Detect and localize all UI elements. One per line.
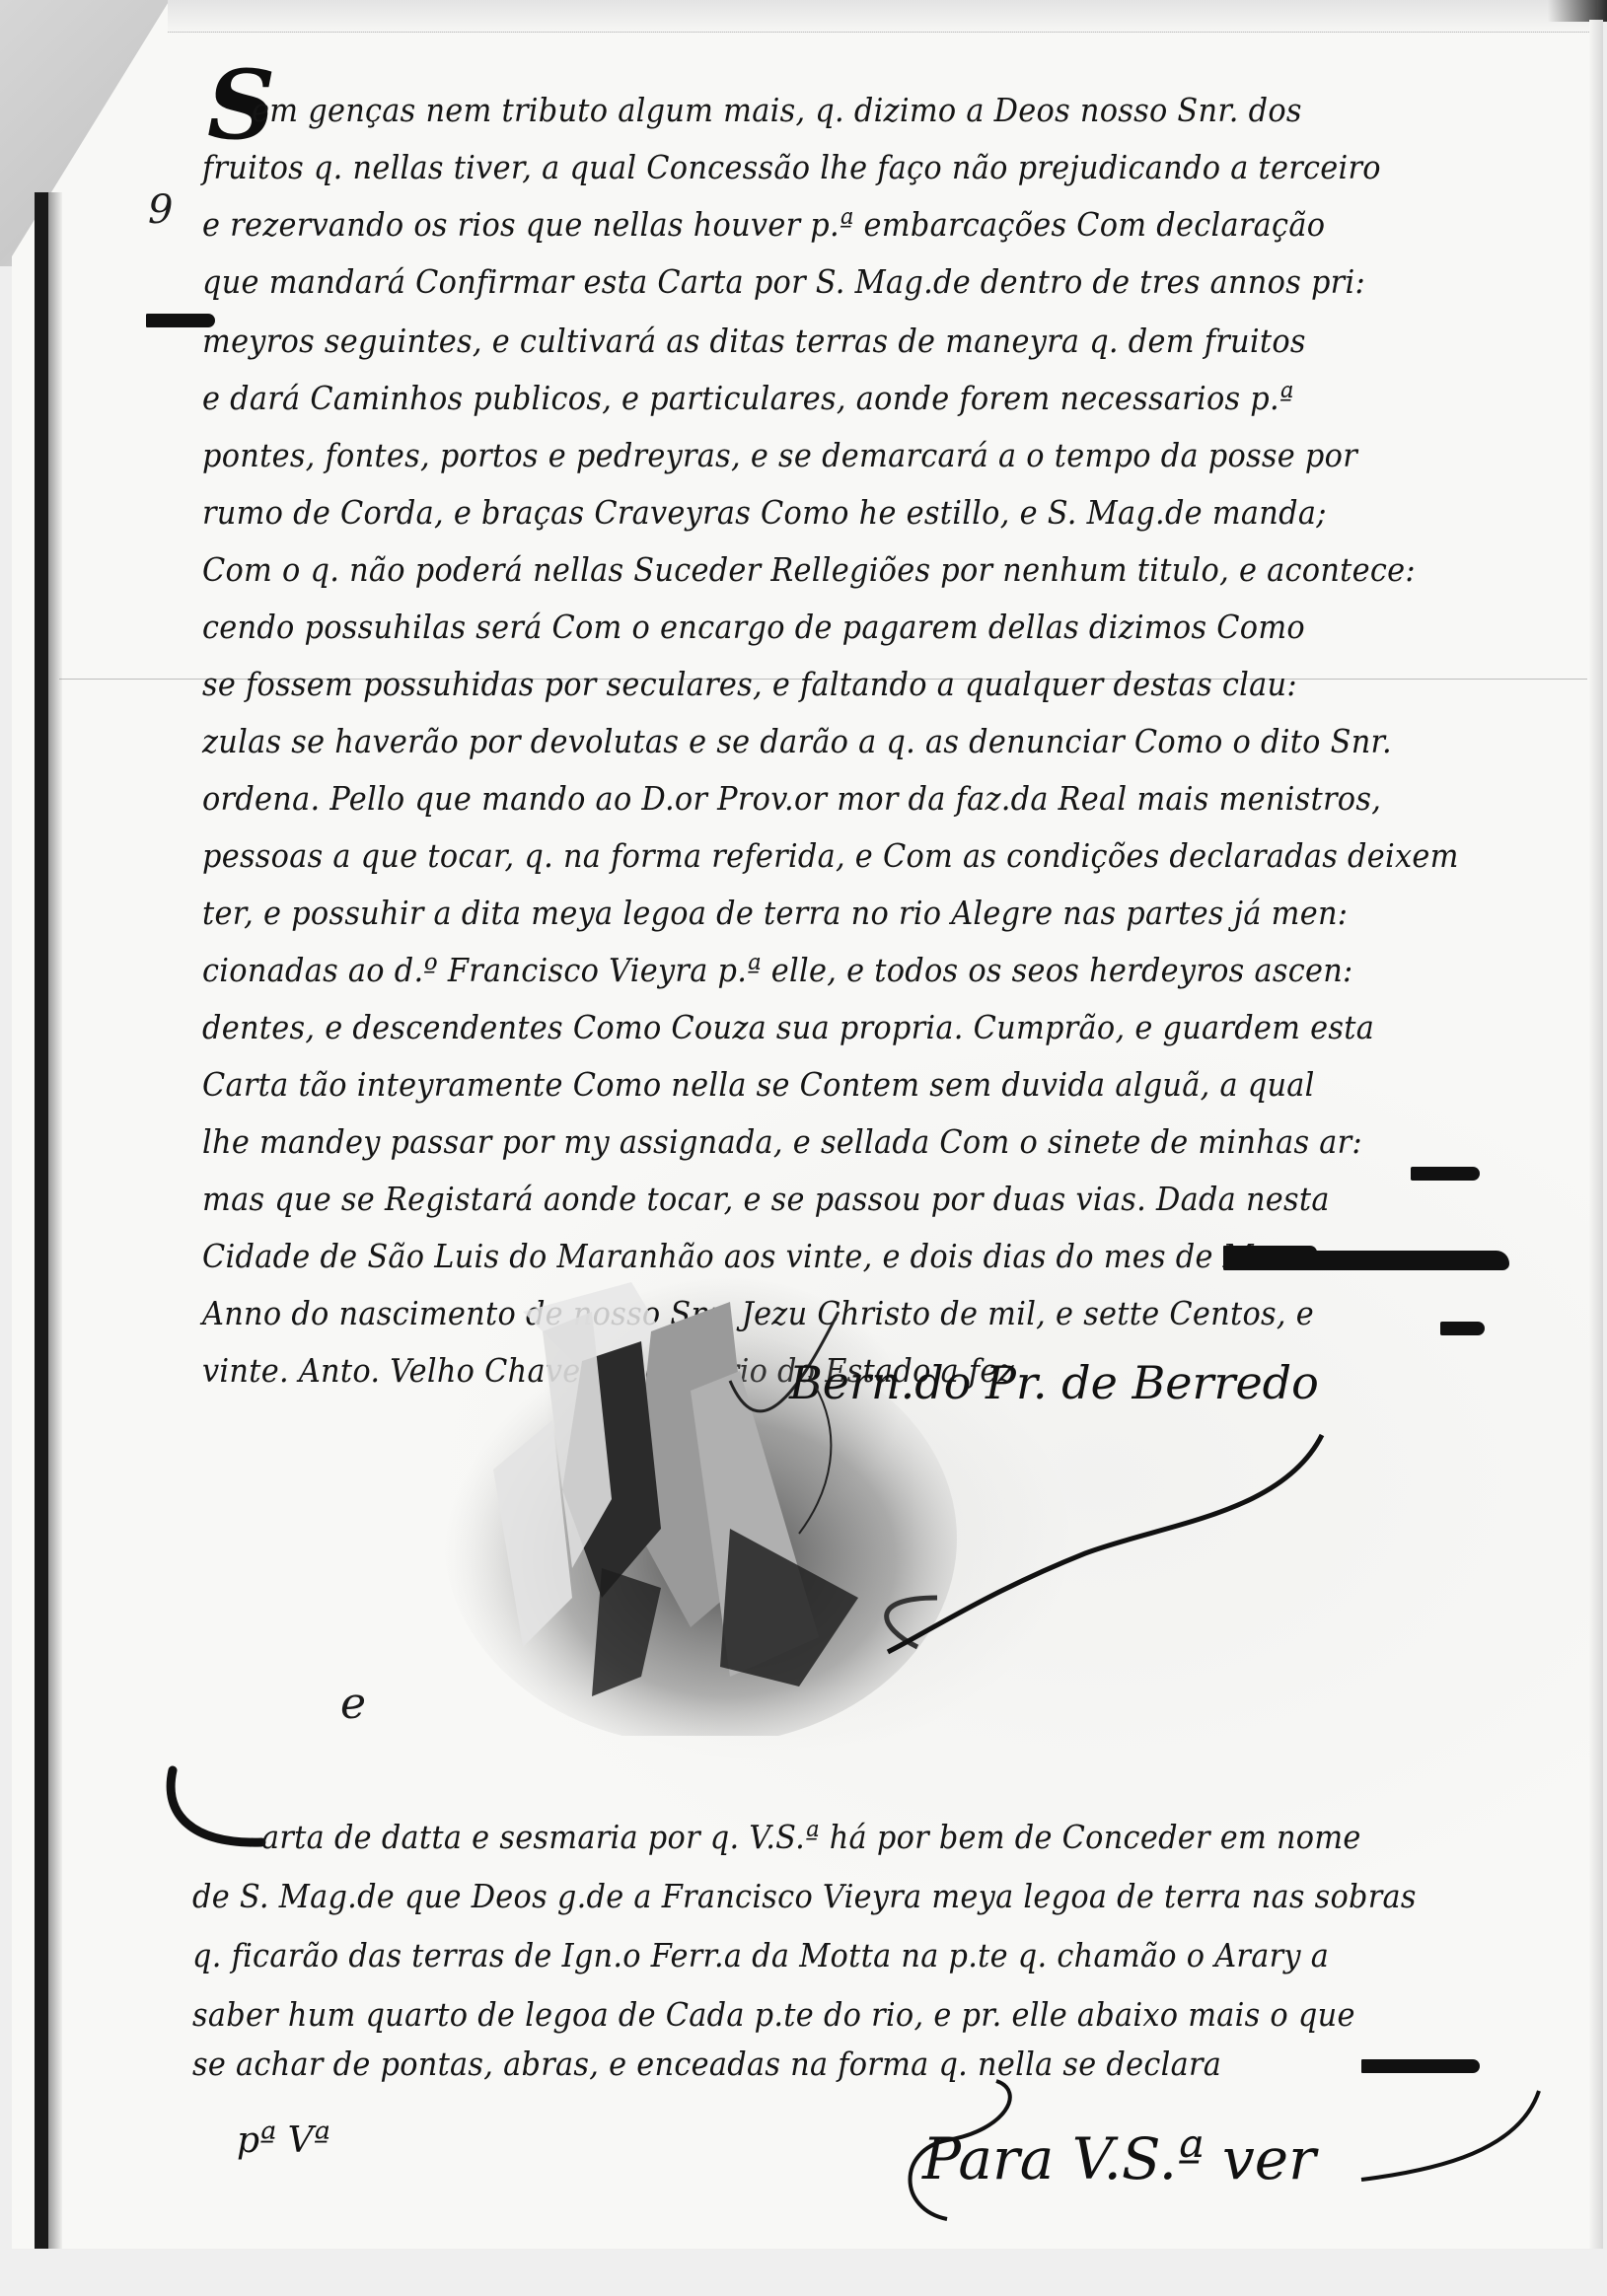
body-line-3: e rezervando os rios que nellas houver p… [202, 205, 1325, 244]
top-right-shadow [1548, 0, 1607, 22]
body-line-11: se fossem possuhidas por seculares, e fa… [202, 665, 1297, 703]
body-line-5: meyros seguintes, e cultivará as ditas t… [202, 322, 1306, 360]
body-line-1: em genças nem tributo algum mais, q. diz… [252, 91, 1302, 129]
body-line-6: e dará Caminhos publicos, e particulares… [202, 379, 1294, 417]
body-line-12: zulas se haverão por devolutas e se darã… [202, 722, 1392, 760]
left-border-fringe [48, 192, 62, 2249]
body-line-18: Carta tão inteyramente Como nella se Con… [202, 1065, 1315, 1104]
body-line-16: cionadas ao d.º Francisco Vieyra p.ª ell… [202, 951, 1353, 989]
signature-underline-flourish [1223, 1251, 1509, 1270]
summary-line-2: de S. Mag.de que Deos g.de a Francisco V… [192, 1877, 1417, 1915]
body-line-13: ordena. Pello que mando ao D.or Prov.or … [202, 779, 1381, 818]
summary-line-4: saber hum quarto de legoa de Cada p.te d… [192, 1995, 1355, 2034]
paper-top-edge [168, 0, 1597, 33]
line-end-flourish [1440, 1322, 1485, 1335]
body-line-21: Cidade de São Luis do Maranhão aos vinte… [202, 1237, 1322, 1275]
seal-flourish-mark: e [340, 1679, 366, 1729]
body-line-15: ter, e possuhir a dita meya legoa de ter… [202, 894, 1348, 932]
line-end-flourish [1411, 1167, 1480, 1181]
summary-line-1: arta de datta e sesmaria por q. V.S.ª há… [261, 1818, 1361, 1856]
body-line-4: que mandará Confirmar esta Carta por S. … [202, 262, 1365, 301]
body-line-2: fruitos q. nellas tiver, a qual Concessã… [202, 148, 1381, 186]
body-line-17: dentes, e descendentes Como Couza sua pr… [202, 1008, 1374, 1046]
body-line-19: lhe mandey passar por my assignada, e se… [202, 1122, 1362, 1161]
body-line-10: cendo possuhilas será Com o encargo de p… [202, 608, 1305, 646]
margin-mark-loop: 9 [148, 187, 173, 233]
left-dark-border [35, 192, 48, 2249]
body-line-9: Com o q. não poderá nellas Suceder Relle… [202, 550, 1416, 589]
paper-right-edge [1589, 20, 1603, 2249]
signature-flourish [789, 1376, 1342, 1662]
endorsement-flourish [888, 2071, 1598, 2249]
body-line-20: mas que se Registará aonde tocar, e se p… [202, 1180, 1330, 1218]
left-endorsement-note: pª Vª [237, 2120, 330, 2161]
body-line-14: pessoas a que tocar, q. na forma referid… [202, 836, 1459, 875]
body-line-8: rumo de Corda, e braças Craveyras Como h… [202, 493, 1327, 532]
summary-line-3: q. ficarão das terras de Ign.o Ferr.a da… [192, 1936, 1329, 1974]
scan-bottom-margin [0, 2250, 1607, 2296]
body-line-7: pontes, fontes, portos e pedreyras, e se… [202, 436, 1357, 474]
